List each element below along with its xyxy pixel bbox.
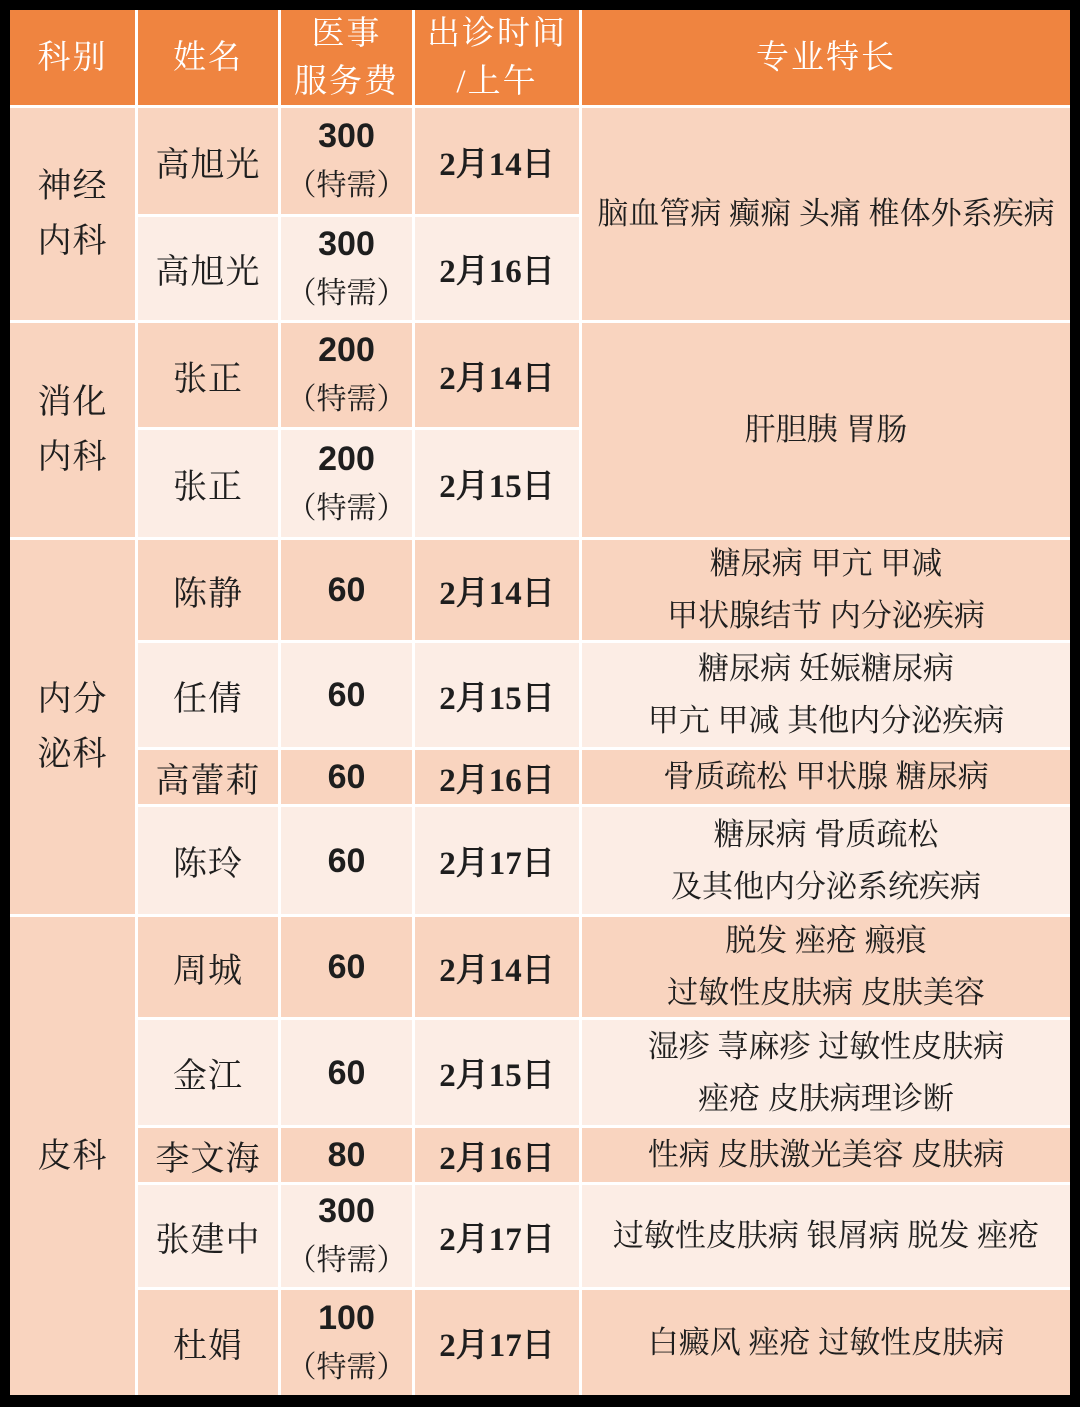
fee-note: （特需） [287,161,407,211]
fee-cell: 300 （特需） [281,217,412,320]
doctor-name-cell: 张正 [138,430,278,537]
date-cell: 2月16日 [415,217,579,320]
date-cell: 2月16日 [415,1128,579,1182]
department-cell: 皮科 [10,917,135,1395]
doctor-name-cell: 张建中 [138,1185,278,1287]
fee-amount: 80 [328,1130,366,1180]
fee-cell: 100 （特需） [281,1290,412,1395]
fee-amount: 200 [318,434,375,484]
header-name: 姓名 [138,10,278,105]
fee-amount: 60 [328,942,366,992]
fee-cell: 80 [281,1128,412,1182]
fee-cell: 60 [281,807,412,914]
doctor-name-cell: 李文海 [138,1128,278,1182]
fee-note: （特需） [287,1236,407,1286]
specialty-cell: 肝胆胰 胃肠 [582,323,1070,537]
fee-amount: 300 [318,111,375,161]
fee-amount: 60 [328,565,366,615]
header-fee: 医事 服务费 [281,10,412,105]
fee-note: （特需） [287,375,407,425]
fee-cell: 300 （特需） [281,1185,412,1287]
fee-cell: 60 [281,750,412,804]
specialty-cell: 过敏性皮肤病 银屑病 脱发 痤疮 [582,1185,1070,1287]
specialty-cell: 脑血管病 癫痫 头痛 椎体外系疾病 [582,108,1070,320]
fee-amount: 300 [318,1186,375,1236]
date-cell: 2月14日 [415,108,579,214]
date-cell: 2月14日 [415,917,579,1017]
header-department: 科别 [10,10,135,105]
date-cell: 2月14日 [415,323,579,427]
date-cell: 2月17日 [415,807,579,914]
specialty-cell: 糖尿病 妊娠糖尿病 甲亢 甲减 其他内分泌疾病 [582,643,1070,747]
fee-cell: 200 （特需） [281,323,412,427]
fee-amount: 60 [328,752,366,802]
specialty-cell: 湿疹 荨麻疹 过敏性皮肤病 痤疮 皮肤病理诊断 [582,1020,1070,1125]
fee-cell: 300 （特需） [281,108,412,214]
date-cell: 2月16日 [415,750,579,804]
fee-note: （特需） [287,1343,407,1393]
date-cell: 2月15日 [415,430,579,537]
specialty-cell: 性病 皮肤激光美容 皮肤病 [582,1128,1070,1182]
specialty-cell: 脱发 痤疮 瘢痕 过敏性皮肤病 皮肤美容 [582,917,1070,1017]
fee-amount: 60 [328,836,366,886]
date-cell: 2月17日 [415,1290,579,1395]
doctor-name-cell: 张正 [138,323,278,427]
fee-cell: 60 [281,643,412,747]
doctor-name-cell: 陈静 [138,540,278,640]
doctor-schedule-table: 科别 姓名 医事 服务费 出诊时间 /上午 专业特长 神经 内科 消化 内科 内… [10,10,1070,1395]
fee-cell: 60 [281,1020,412,1125]
doctor-name-cell: 高旭光 [138,217,278,320]
department-cell: 消化 内科 [10,323,135,537]
specialty-cell: 骨质疏松 甲状腺 糖尿病 [582,750,1070,804]
doctor-name-cell: 高蕾莉 [138,750,278,804]
doctor-name-cell: 任倩 [138,643,278,747]
date-cell: 2月15日 [415,643,579,747]
specialty-cell: 白癜风 痤疮 过敏性皮肤病 [582,1290,1070,1395]
doctor-name-cell: 杜娟 [138,1290,278,1395]
date-cell: 2月14日 [415,540,579,640]
schedule-screenshot: { "colors": { "header_bg": "#EF8440", "h… [0,0,1080,1407]
fee-amount: 200 [318,325,375,375]
fee-amount: 60 [328,670,366,720]
fee-note: （特需） [287,269,407,319]
header-specialty: 专业特长 [582,10,1070,105]
fee-cell: 60 [281,917,412,1017]
date-cell: 2月17日 [415,1185,579,1287]
fee-amount: 100 [318,1293,375,1343]
doctor-name-cell: 陈玲 [138,807,278,914]
fee-amount: 60 [328,1048,366,1098]
specialty-cell: 糖尿病 甲亢 甲减 甲状腺结节 内分泌疾病 [582,540,1070,640]
doctor-name-cell: 金江 [138,1020,278,1125]
header-time: 出诊时间 /上午 [415,10,579,105]
fee-cell: 200 （特需） [281,430,412,537]
fee-note: （特需） [287,484,407,534]
doctor-name-cell: 高旭光 [138,108,278,214]
date-cell: 2月15日 [415,1020,579,1125]
specialty-cell: 糖尿病 骨质疏松 及其他内分泌系统疾病 [582,807,1070,914]
department-cell: 神经 内科 [10,108,135,320]
doctor-name-cell: 周城 [138,917,278,1017]
fee-amount: 300 [318,219,375,269]
fee-cell: 60 [281,540,412,640]
department-cell: 内分 泌科 [10,540,135,914]
